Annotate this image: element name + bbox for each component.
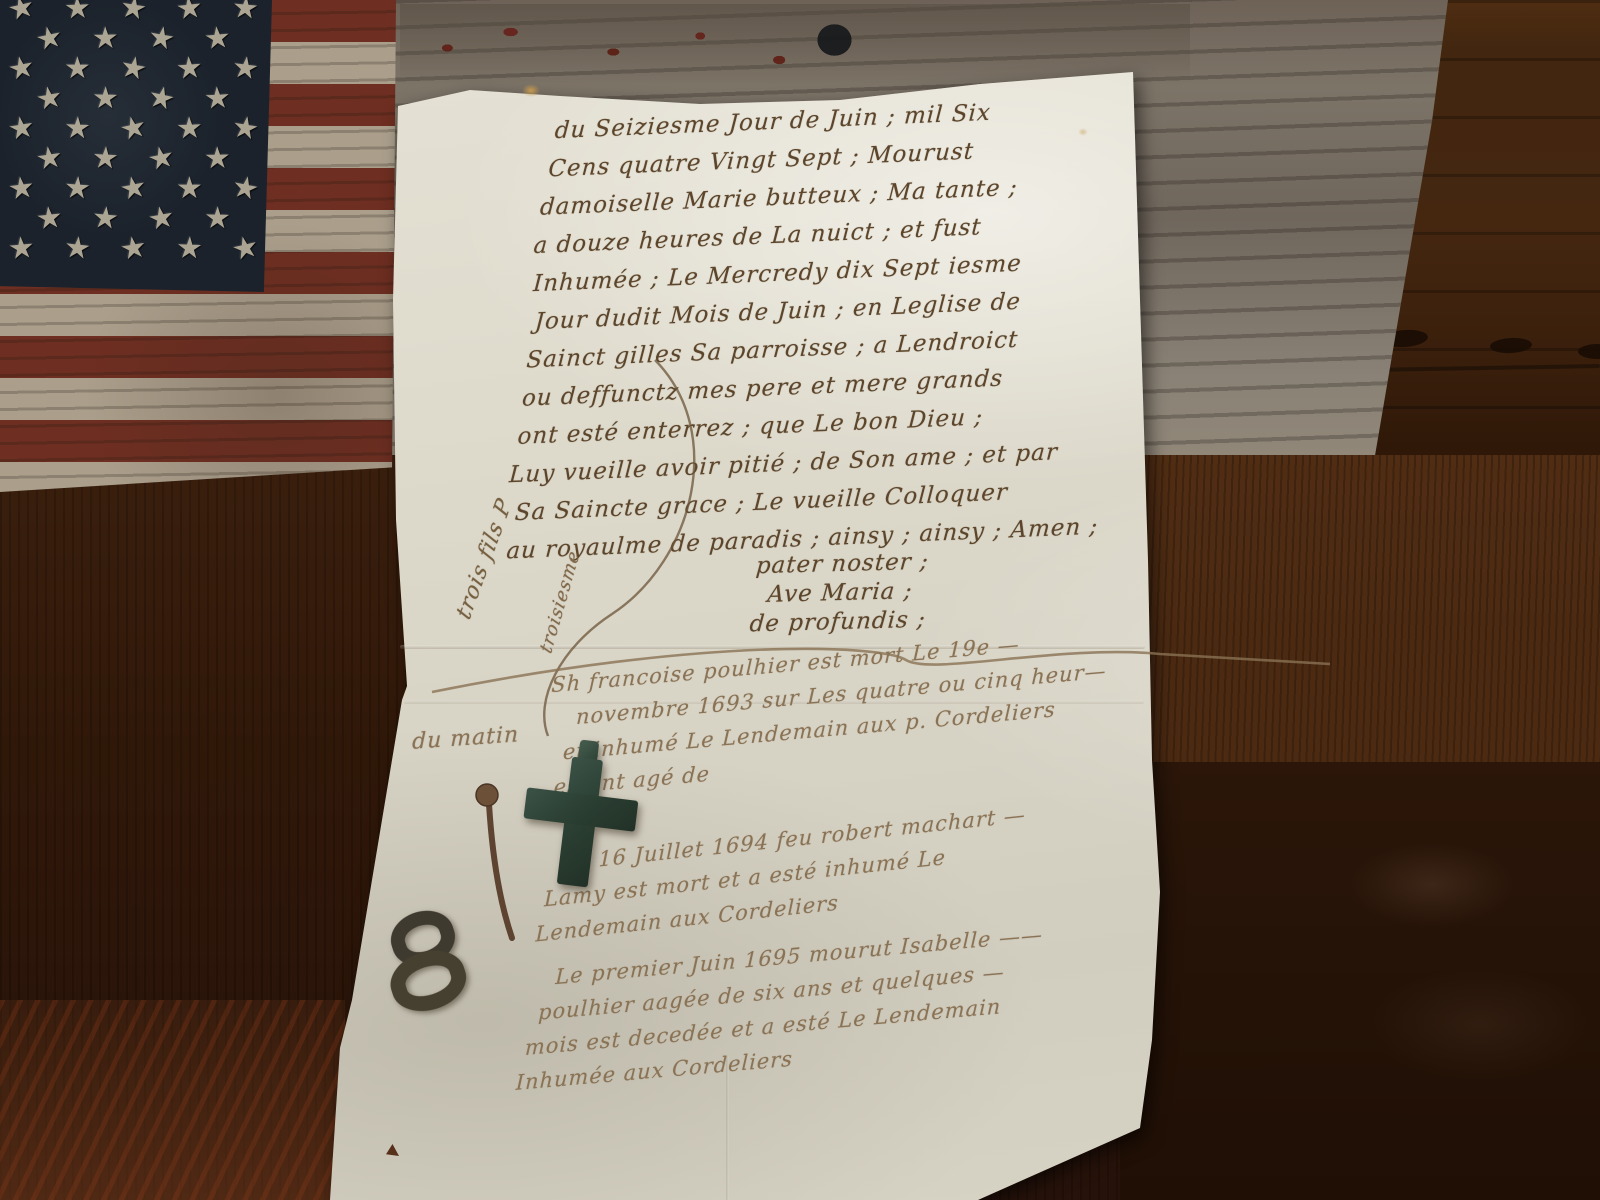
paper-stain <box>522 84 540 97</box>
burial-entry-text: du Seiziesme Jour de Juin ; mil Six Cens… <box>527 88 1126 569</box>
bronze-cross-pendant <box>515 736 644 899</box>
cross-horizontal-arm <box>523 787 638 831</box>
prayer-text: pater noster ; Ave Maria ; de profundis … <box>687 546 994 641</box>
photo-scene: ★★★★★★★★★★★★★★★★★★★★★★★★★★★★★★★★★★★★★★★★… <box>0 0 1600 1200</box>
